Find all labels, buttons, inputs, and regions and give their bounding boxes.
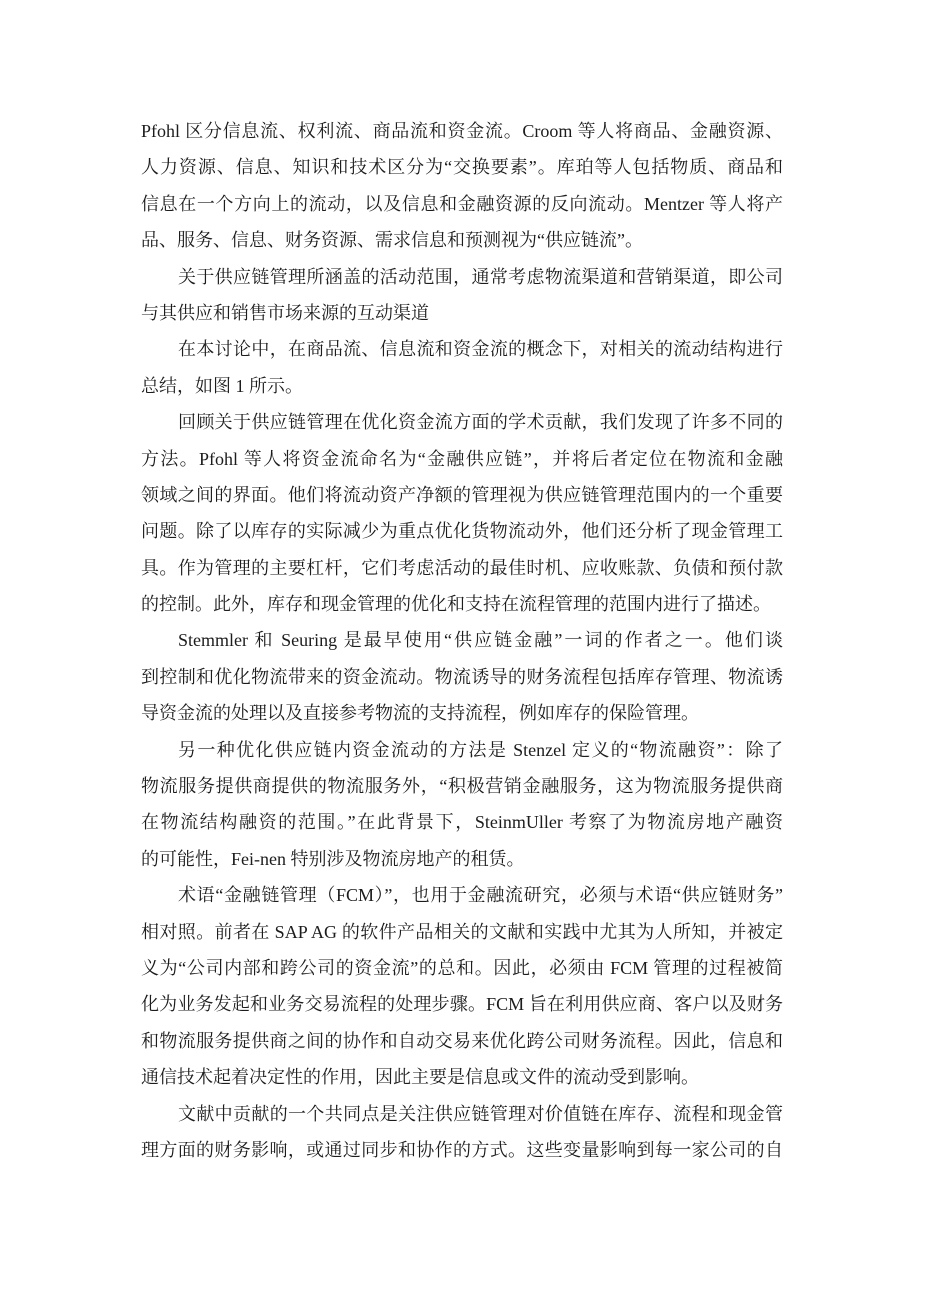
- text-line: 与其供应和销售市场来源的互动渠道: [141, 295, 783, 331]
- text-line: 另一种优化供应链内资金流动的方法是 Stenzel 定义的“物流融资”：除了: [141, 732, 783, 768]
- text-line: Pfohl 区分信息流、权利流、商品流和资金流。Croom 等人将商品、金融资源…: [141, 113, 783, 149]
- paragraph-flow-summary: 在本讨论中，在商品流、信息流和资金流的概念下，对相关的流动结构进行 总结，如图 …: [141, 331, 783, 404]
- paragraph-fcm: 术语“金融链管理（FCM）”，也用于金融流研究，必须与术语“供应链财务” 相对照…: [141, 877, 783, 1095]
- paragraph-flow-types: Pfohl 区分信息流、权利流、商品流和资金流。Croom 等人将商品、金融资源…: [141, 113, 783, 259]
- text-line: 物流服务提供商提供的物流服务外，“积极营销金融服务，这为物流服务提供商: [141, 768, 783, 804]
- text-line: 关于供应链管理所涵盖的活动范围，通常考虑物流渠道和营销渠道，即公司: [141, 259, 783, 295]
- text-line: 领域之间的界面。他们将流动资产净额的管理视为供应链管理范围内的一个重要: [141, 477, 783, 513]
- paragraph-literature-review: 回顾关于供应链管理在优化资金流方面的学术贡献，我们发现了许多不同的 方法。Pfo…: [141, 404, 783, 622]
- text-line: 信息在一个方向上的流动，以及信息和金融资源的反向流动。Mentzer 等人将产: [141, 186, 783, 222]
- text-line: 在本讨论中，在商品流、信息流和资金流的概念下，对相关的流动结构进行: [141, 331, 783, 367]
- text-line: 具。作为管理的主要杠杆，它们考虑活动的最佳时机、应收账款、负债和预付款: [141, 550, 783, 586]
- text-line: 问题。除了以库存的实际减少为重点优化货物流动外，他们还分析了现金管理工: [141, 513, 783, 549]
- paragraph-activity-scope: 关于供应链管理所涵盖的活动范围，通常考虑物流渠道和营销渠道，即公司 与其供应和销…: [141, 259, 783, 332]
- paragraph-common-point: 文献中贡献的一个共同点是关注供应链管理对价值链在库存、流程和现金管 理方面的财务…: [141, 1096, 783, 1169]
- text-line: 品、服务、信息、财务资源、需求信息和预测视为“供应链流”。: [141, 222, 783, 258]
- text-line: 通信技术起着决定性的作用，因此主要是信息或文件的流动受到影响。: [141, 1059, 783, 1095]
- text-line: 义为“公司内部和跨公司的资金流”的总和。因此，必须由 FCM 管理的过程被简: [141, 950, 783, 986]
- document-page: Pfohl 区分信息流、权利流、商品流和资金流。Croom 等人将商品、金融资源…: [0, 0, 926, 1309]
- text-line: 人力资源、信息、知识和技术区分为“交换要素”。库珀等人包括物质、商品和: [141, 149, 783, 185]
- text-line: 到控制和优化物流带来的资金流动。物流诱导的财务流程包括库存管理、物流诱: [141, 659, 783, 695]
- text-line: 方法。Pfohl 等人将资金流命名为“金融供应链”，并将后者定位在物流和金融: [141, 441, 783, 477]
- text-line: 术语“金融链管理（FCM）”，也用于金融流研究，必须与术语“供应链财务”: [141, 877, 783, 913]
- text-line: 相对照。前者在 SAP AG 的软件产品相关的文献和实践中尤其为人所知，并被定: [141, 914, 783, 950]
- text-line: 和物流服务提供商之间的协作和自动交易来优化跨公司财务流程。因此，信息和: [141, 1023, 783, 1059]
- text-line: 的控制。此外，库存和现金管理的优化和支持在流程管理的范围内进行了描述。: [141, 586, 783, 622]
- text-line: 的可能性，Fei-nen 特别涉及物流房地产的租赁。: [141, 841, 783, 877]
- paragraph-stemmler-seuring: Stemmler 和 Seuring 是最早使用“供应链金融”一词的作者之一。他…: [141, 622, 783, 731]
- text-line: 在物流结构融资的范围。”在此背景下，SteinmUller 考察了为物流房地产融…: [141, 804, 783, 840]
- text-line: 总结，如图 1 所示。: [141, 368, 783, 404]
- text-line: Stemmler 和 Seuring 是最早使用“供应链金融”一词的作者之一。他…: [141, 622, 783, 658]
- text-line: 回顾关于供应链管理在优化资金流方面的学术贡献，我们发现了许多不同的: [141, 404, 783, 440]
- text-line: 化为业务发起和业务交易流程的处理步骤。FCM 旨在利用供应商、客户以及财务: [141, 986, 783, 1022]
- body-text: Pfohl 区分信息流、权利流、商品流和资金流。Croom 等人将商品、金融资源…: [141, 113, 783, 1168]
- text-line: 导资金流的处理以及直接参考物流的支持流程，例如库存的保险管理。: [141, 695, 783, 731]
- paragraph-logistics-financing: 另一种优化供应链内资金流动的方法是 Stenzel 定义的“物流融资”：除了 物…: [141, 732, 783, 878]
- text-line: 文献中贡献的一个共同点是关注供应链管理对价值链在库存、流程和现金管: [141, 1096, 783, 1132]
- text-line: 理方面的财务影响，或通过同步和协作的方式。这些变量影响到每一家公司的自: [141, 1132, 783, 1168]
